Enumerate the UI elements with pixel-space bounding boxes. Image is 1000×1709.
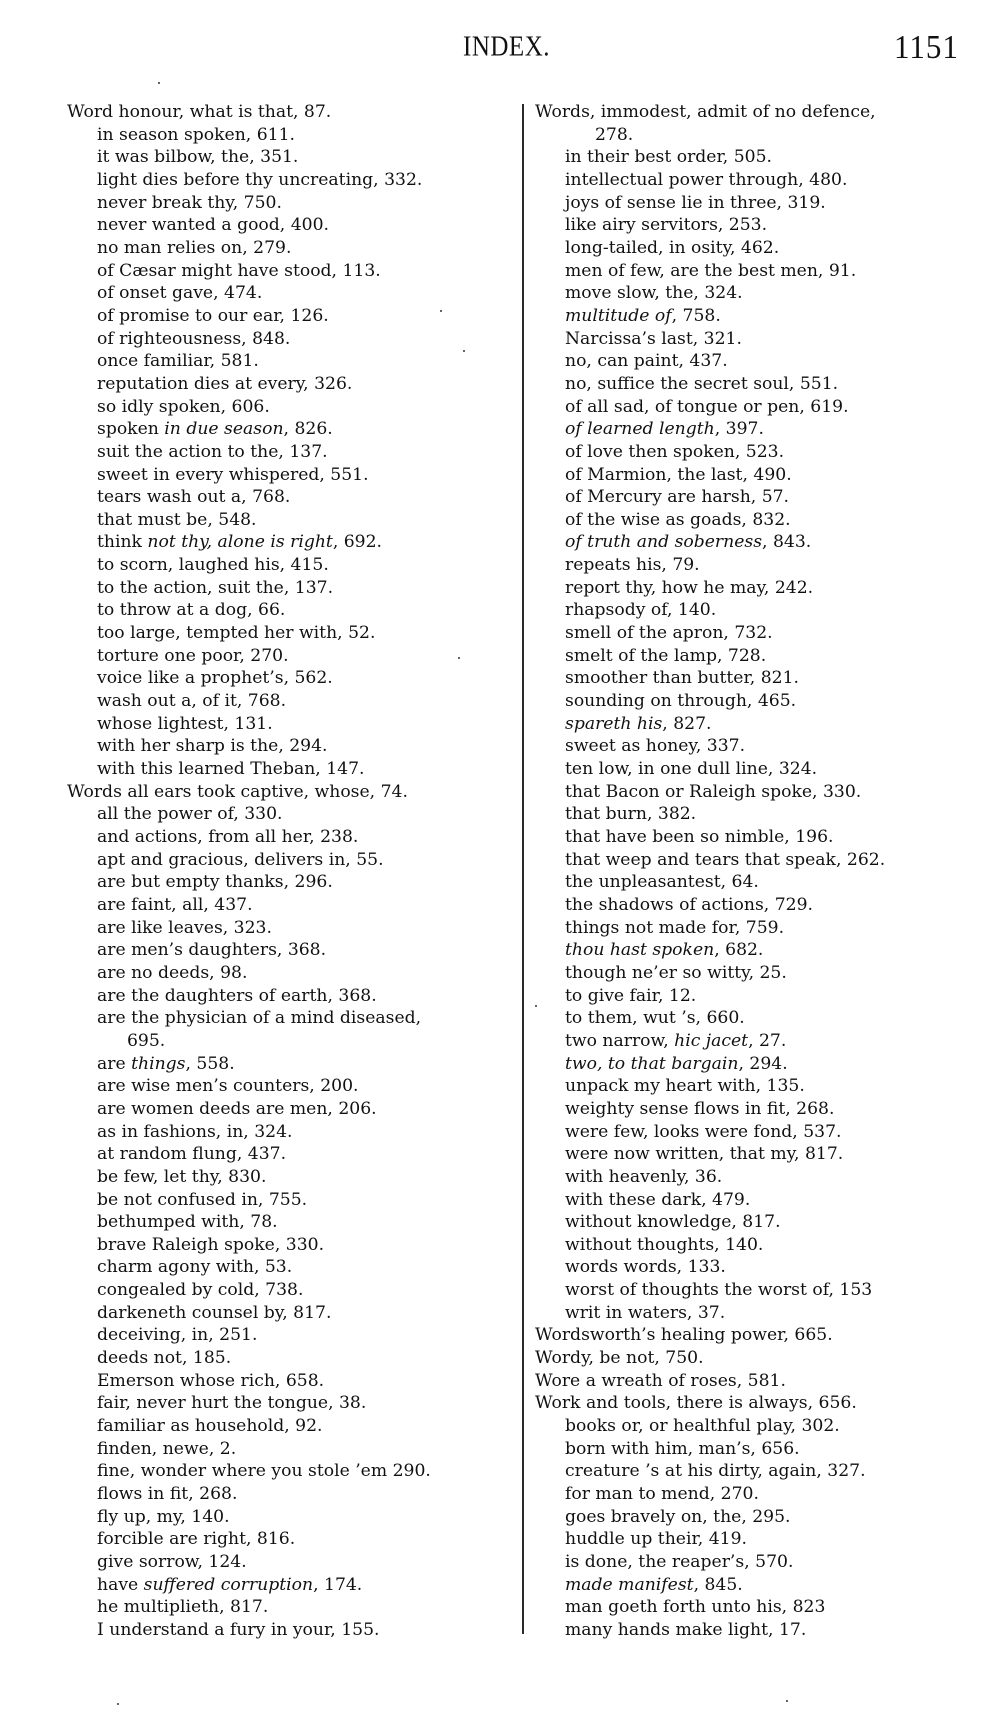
italic-text: in due season bbox=[164, 419, 283, 439]
italic-text: hic jacet bbox=[674, 1031, 748, 1051]
index-continuation: 695. bbox=[67, 1030, 517, 1053]
index-subentry: Narcissa’s last, 321. bbox=[535, 328, 995, 351]
scan-speck bbox=[535, 1005, 537, 1007]
index-subentry: with these dark, 479. bbox=[535, 1189, 995, 1212]
index-subentry: too large, tempted her with, 52. bbox=[67, 622, 517, 645]
index-subentry: spoken in due season, 826. bbox=[67, 418, 517, 441]
scan-speck bbox=[463, 350, 465, 352]
index-subentry: report thy, how he may, 242. bbox=[535, 577, 995, 600]
index-subentry: without thoughts, 140. bbox=[535, 1234, 995, 1257]
index-subentry: of truth and soberness, 843. bbox=[535, 531, 995, 554]
italic-text: two, to that bargain bbox=[565, 1054, 739, 1074]
index-subentry: the unpleasantest, 64. bbox=[535, 871, 995, 894]
index-headword: Wordsworth’s healing power, 665. bbox=[535, 1324, 995, 1347]
index-subentry: of promise to our ear, 126. bbox=[67, 305, 517, 328]
index-subentry: are things, 558. bbox=[67, 1053, 517, 1076]
index-subentry: books or, or healthful play, 302. bbox=[535, 1415, 995, 1438]
index-subentry: with heavenly, 36. bbox=[535, 1166, 995, 1189]
index-subentry: and actions, from all her, 238. bbox=[67, 826, 517, 849]
index-subentry: long-tailed, in osity, 462. bbox=[535, 237, 995, 260]
index-subentry: smoother than butter, 821. bbox=[535, 667, 995, 690]
index-subentry: two, to that bargain, 294. bbox=[535, 1053, 995, 1076]
index-subentry: sweet in every whispered, 551. bbox=[67, 464, 517, 487]
index-subentry: with this learned Theban, 147. bbox=[67, 758, 517, 781]
index-subentry: congealed by cold, 738. bbox=[67, 1279, 517, 1302]
index-subentry: have suffered corruption, 174. bbox=[67, 1574, 517, 1597]
index-subentry: were few, looks were fond, 537. bbox=[535, 1121, 995, 1144]
column-divider bbox=[522, 104, 524, 1634]
index-subentry: whose lightest, 131. bbox=[67, 713, 517, 736]
index-subentry: sweet as honey, 337. bbox=[535, 735, 995, 758]
index-subentry: smell of the apron, 732. bbox=[535, 622, 995, 645]
index-subentry: men of few, are the best men, 91. bbox=[535, 260, 995, 283]
index-subentry: is done, the reaper’s, 570. bbox=[535, 1551, 995, 1574]
index-subentry: multitude of, 758. bbox=[535, 305, 995, 328]
index-subentry: finden, newe, 2. bbox=[67, 1438, 517, 1461]
index-subentry: many hands make light, 17. bbox=[535, 1619, 995, 1642]
index-subentry: are the physician of a mind diseased, bbox=[67, 1007, 517, 1030]
index-subentry: writ in waters, 37. bbox=[535, 1302, 995, 1325]
index-subentry: joys of sense lie in three, 319. bbox=[535, 192, 995, 215]
index-subentry: he multiplieth, 817. bbox=[67, 1596, 517, 1619]
index-subentry: fine, wonder where you stole ’em 290. bbox=[67, 1460, 517, 1483]
index-subentry: no, can paint, 437. bbox=[535, 350, 995, 373]
index-subentry: be few, let thy, 830. bbox=[67, 1166, 517, 1189]
index-subentry: creature ’s at his dirty, again, 327. bbox=[535, 1460, 995, 1483]
index-subentry: of all sad, of tongue or pen, 619. bbox=[535, 396, 995, 419]
italic-text: of truth and soberness bbox=[565, 532, 762, 552]
index-subentry: flows in fit, 268. bbox=[67, 1483, 517, 1506]
index-subentry: Emerson whose rich, 658. bbox=[67, 1370, 517, 1393]
index-column-right: Words, immodest, admit of no defence,278… bbox=[535, 101, 995, 1642]
index-subentry: are but empty thanks, 296. bbox=[67, 871, 517, 894]
index-subentry: apt and gracious, delivers in, 55. bbox=[67, 849, 517, 872]
index-subentry: forcible are right, 816. bbox=[67, 1528, 517, 1551]
index-subentry: born with him, man’s, 656. bbox=[535, 1438, 995, 1461]
index-subentry: no, suffice the secret soul, 551. bbox=[535, 373, 995, 396]
index-subentry: to the action, suit the, 137. bbox=[67, 577, 517, 600]
index-subentry: be not confused in, 755. bbox=[67, 1189, 517, 1212]
index-subentry: were now written, that my, 817. bbox=[535, 1143, 995, 1166]
index-subentry: that have been so nimble, 196. bbox=[535, 826, 995, 849]
index-subentry: that Bacon or Raleigh spoke, 330. bbox=[535, 781, 995, 804]
index-subentry: voice like a prophet’s, 562. bbox=[67, 667, 517, 690]
index-subentry: I understand a fury in your, 155. bbox=[67, 1619, 517, 1642]
index-subentry: though ne’er so witty, 25. bbox=[535, 962, 995, 985]
index-subentry: it was bilbow, the, 351. bbox=[67, 146, 517, 169]
index-subentry: wash out a, of it, 768. bbox=[67, 690, 517, 713]
index-subentry: tears wash out a, 768. bbox=[67, 486, 517, 509]
index-subentry: are no deeds, 98. bbox=[67, 962, 517, 985]
index-headword: Wordy, be not, 750. bbox=[535, 1347, 995, 1370]
index-subentry: charm agony with, 53. bbox=[67, 1256, 517, 1279]
index-subentry: repeats his, 79. bbox=[535, 554, 995, 577]
index-subentry: fly up, my, 140. bbox=[67, 1506, 517, 1529]
index-subentry: ten low, in one dull line, 324. bbox=[535, 758, 995, 781]
index-subentry: to them, wut ’s, 660. bbox=[535, 1007, 995, 1030]
italic-text: of learned length bbox=[565, 419, 715, 439]
index-subentry: are wise men’s counters, 200. bbox=[67, 1075, 517, 1098]
index-subentry: of righteousness, 848. bbox=[67, 328, 517, 351]
index-subentry: so idly spoken, 606. bbox=[67, 396, 517, 419]
index-subentry: man goeth forth unto his, 823 bbox=[535, 1596, 995, 1619]
index-subentry: intellectual power through, 480. bbox=[535, 169, 995, 192]
index-subentry: for man to mend, 270. bbox=[535, 1483, 995, 1506]
index-subentry: worst of thoughts the worst of, 153 bbox=[535, 1279, 995, 1302]
index-subentry: made manifest, 845. bbox=[535, 1574, 995, 1597]
index-subentry: thou hast spoken, 682. bbox=[535, 939, 995, 962]
index-subentry: that burn, 382. bbox=[535, 803, 995, 826]
index-subentry: light dies before thy uncreating, 332. bbox=[67, 169, 517, 192]
index-subentry: deceiving, in, 251. bbox=[67, 1324, 517, 1347]
index-subentry: two narrow, hic jacet, 27. bbox=[535, 1030, 995, 1053]
italic-text: suffered corruption bbox=[144, 1575, 313, 1595]
index-subentry: to give fair, 12. bbox=[535, 985, 995, 1008]
index-subentry: of Marmion, the last, 490. bbox=[535, 464, 995, 487]
index-subentry: think not thy, alone is right, 692. bbox=[67, 531, 517, 554]
index-subentry: of Cæsar might have stood, 113. bbox=[67, 260, 517, 283]
index-headword: Wore a wreath of roses, 581. bbox=[535, 1370, 995, 1393]
index-subentry: of the wise as goads, 832. bbox=[535, 509, 995, 532]
index-subentry: bethumped with, 78. bbox=[67, 1211, 517, 1234]
index-column-left: Word honour, what is that, 87.in season … bbox=[67, 101, 517, 1642]
index-subentry: weighty sense flows in fit, 268. bbox=[535, 1098, 995, 1121]
index-subentry: are men’s daughters, 368. bbox=[67, 939, 517, 962]
index-subentry: of love then spoken, 523. bbox=[535, 441, 995, 464]
scan-speck bbox=[440, 310, 442, 312]
index-subentry: words words, 133. bbox=[535, 1256, 995, 1279]
index-subentry: give sorrow, 124. bbox=[67, 1551, 517, 1574]
index-subentry: no man relies on, 279. bbox=[67, 237, 517, 260]
index-subentry: without knowledge, 817. bbox=[535, 1211, 995, 1234]
index-subentry: that must be, 548. bbox=[67, 509, 517, 532]
index-subentry: unpack my heart with, 135. bbox=[535, 1075, 995, 1098]
page-header: INDEX. 1151 bbox=[0, 28, 1000, 68]
index-subentry: huddle up their, 419. bbox=[535, 1528, 995, 1551]
index-subentry: smelt of the lamp, 728. bbox=[535, 645, 995, 668]
index-subentry: that weep and tears that speak, 262. bbox=[535, 849, 995, 872]
index-subentry: with her sharp is the, 294. bbox=[67, 735, 517, 758]
index-continuation: 278. bbox=[535, 124, 995, 147]
index-subentry: rhapsody of, 140. bbox=[535, 599, 995, 622]
italic-text: made manifest bbox=[565, 1575, 694, 1595]
index-subentry: are women deeds are men, 206. bbox=[67, 1098, 517, 1121]
scan-speck bbox=[117, 1703, 119, 1705]
index-subentry: torture one poor, 270. bbox=[67, 645, 517, 668]
index-subentry: once familiar, 581. bbox=[67, 350, 517, 373]
index-subentry: move slow, the, 324. bbox=[535, 282, 995, 305]
index-subentry: fair, never hurt the tongue, 38. bbox=[67, 1392, 517, 1415]
index-subentry: of learned length, 397. bbox=[535, 418, 995, 441]
index-subentry: sounding on through, 465. bbox=[535, 690, 995, 713]
index-subentry: at random flung, 437. bbox=[67, 1143, 517, 1166]
index-subentry: reputation dies at every, 326. bbox=[67, 373, 517, 396]
italic-text: not thy, alone is right bbox=[147, 532, 332, 552]
index-headword: Words, immodest, admit of no defence, bbox=[535, 101, 995, 124]
index-subentry: in season spoken, 611. bbox=[67, 124, 517, 147]
index-subentry: familiar as household, 92. bbox=[67, 1415, 517, 1438]
running-head-title: INDEX. bbox=[463, 32, 550, 63]
index-subentry: goes bravely on, the, 295. bbox=[535, 1506, 995, 1529]
italic-text: spareth his bbox=[565, 714, 662, 734]
index-subentry: never break thy, 750. bbox=[67, 192, 517, 215]
index-subentry: brave Raleigh spoke, 330. bbox=[67, 1234, 517, 1257]
scan-speck bbox=[786, 1700, 788, 1702]
index-headword: Work and tools, there is always, 656. bbox=[535, 1392, 995, 1415]
index-subentry: of Mercury are harsh, 57. bbox=[535, 486, 995, 509]
index-subentry: suit the action to the, 137. bbox=[67, 441, 517, 464]
index-subentry: things not made for, 759. bbox=[535, 917, 995, 940]
index-subentry: deeds not, 185. bbox=[67, 1347, 517, 1370]
page-number: 1151 bbox=[894, 28, 959, 67]
index-subentry: are faint, all, 437. bbox=[67, 894, 517, 917]
scan-speck bbox=[458, 657, 460, 659]
index-subentry: all the power of, 330. bbox=[67, 803, 517, 826]
index-subentry: like airy servitors, 253. bbox=[535, 214, 995, 237]
index-headword: Words all ears took captive, whose, 74. bbox=[67, 781, 517, 804]
index-subentry: as in fashions, in, 324. bbox=[67, 1121, 517, 1144]
italic-text: multitude of bbox=[565, 306, 672, 326]
index-headword: Word honour, what is that, 87. bbox=[67, 101, 517, 124]
index-subentry: are the daughters of earth, 368. bbox=[67, 985, 517, 1008]
index-subentry: never wanted a good, 400. bbox=[67, 214, 517, 237]
index-subentry: are like leaves, 323. bbox=[67, 917, 517, 940]
index-subentry: of onset gave, 474. bbox=[67, 282, 517, 305]
index-subentry: darkeneth counsel by, 817. bbox=[67, 1302, 517, 1325]
scan-speck bbox=[158, 82, 160, 84]
italic-text: thou hast spoken bbox=[565, 940, 714, 960]
italic-text: things bbox=[131, 1054, 185, 1074]
index-subentry: to scorn, laughed his, 415. bbox=[67, 554, 517, 577]
index-subentry: the shadows of actions, 729. bbox=[535, 894, 995, 917]
index-subentry: to throw at a dog, 66. bbox=[67, 599, 517, 622]
index-subentry: in their best order, 505. bbox=[535, 146, 995, 169]
index-subentry: spareth his, 827. bbox=[535, 713, 995, 736]
